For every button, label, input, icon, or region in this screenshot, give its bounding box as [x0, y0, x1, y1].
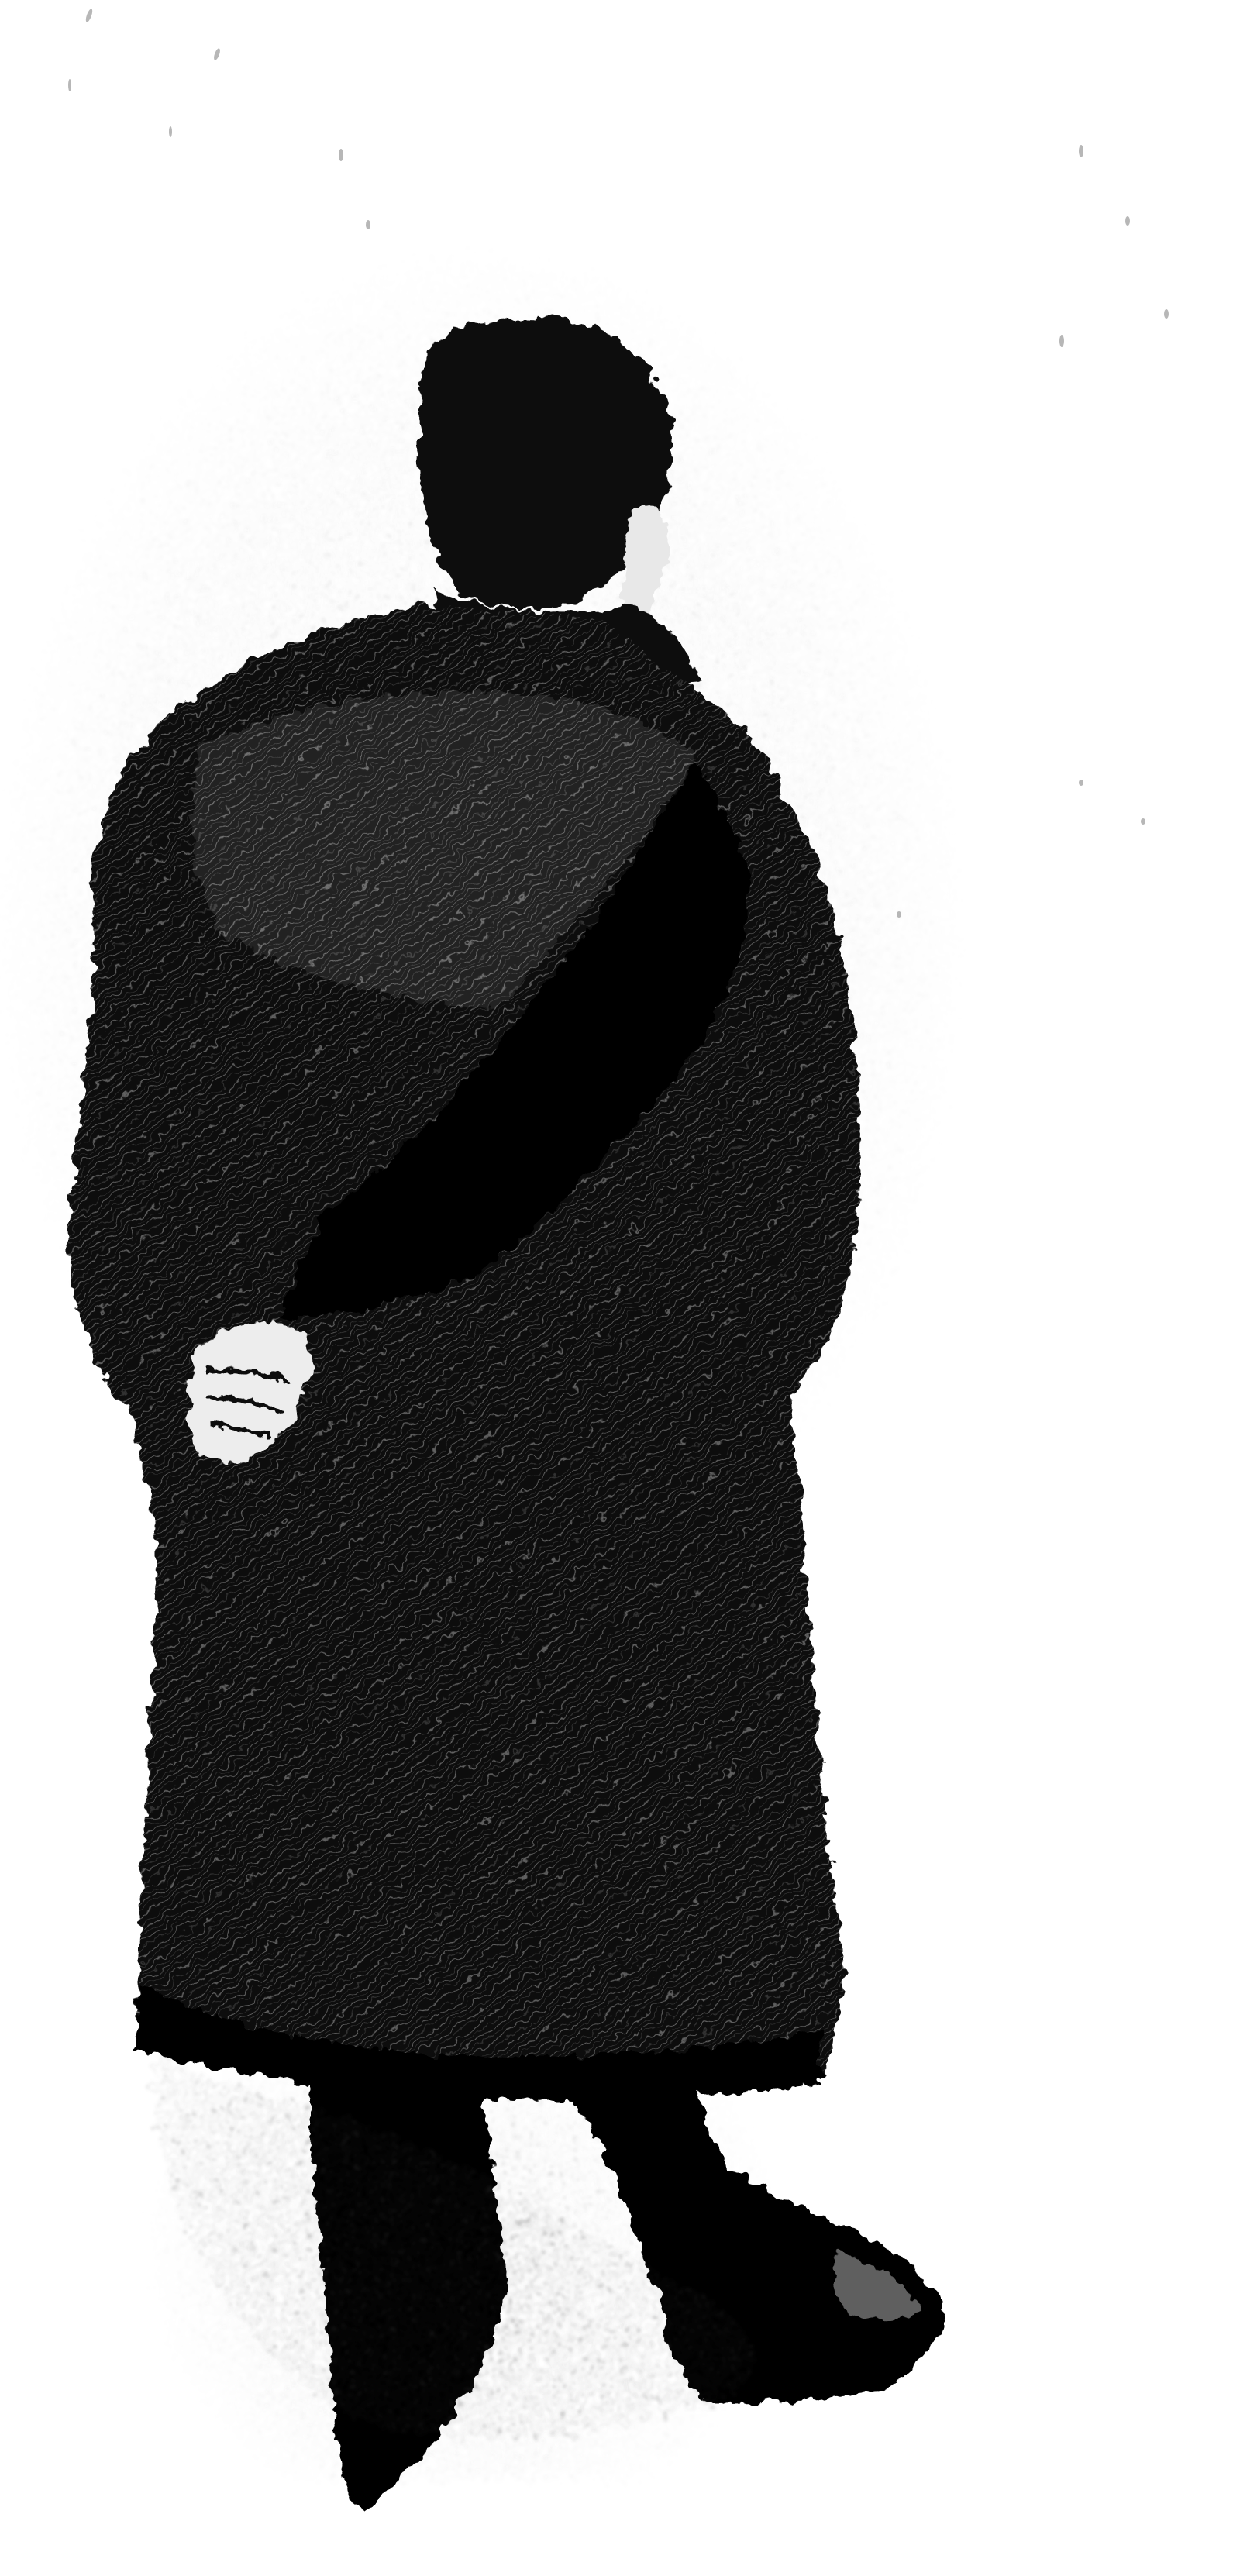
illustration-canvas: [0, 0, 1240, 2576]
man-in-overcoat-sketch: [0, 0, 1240, 2576]
